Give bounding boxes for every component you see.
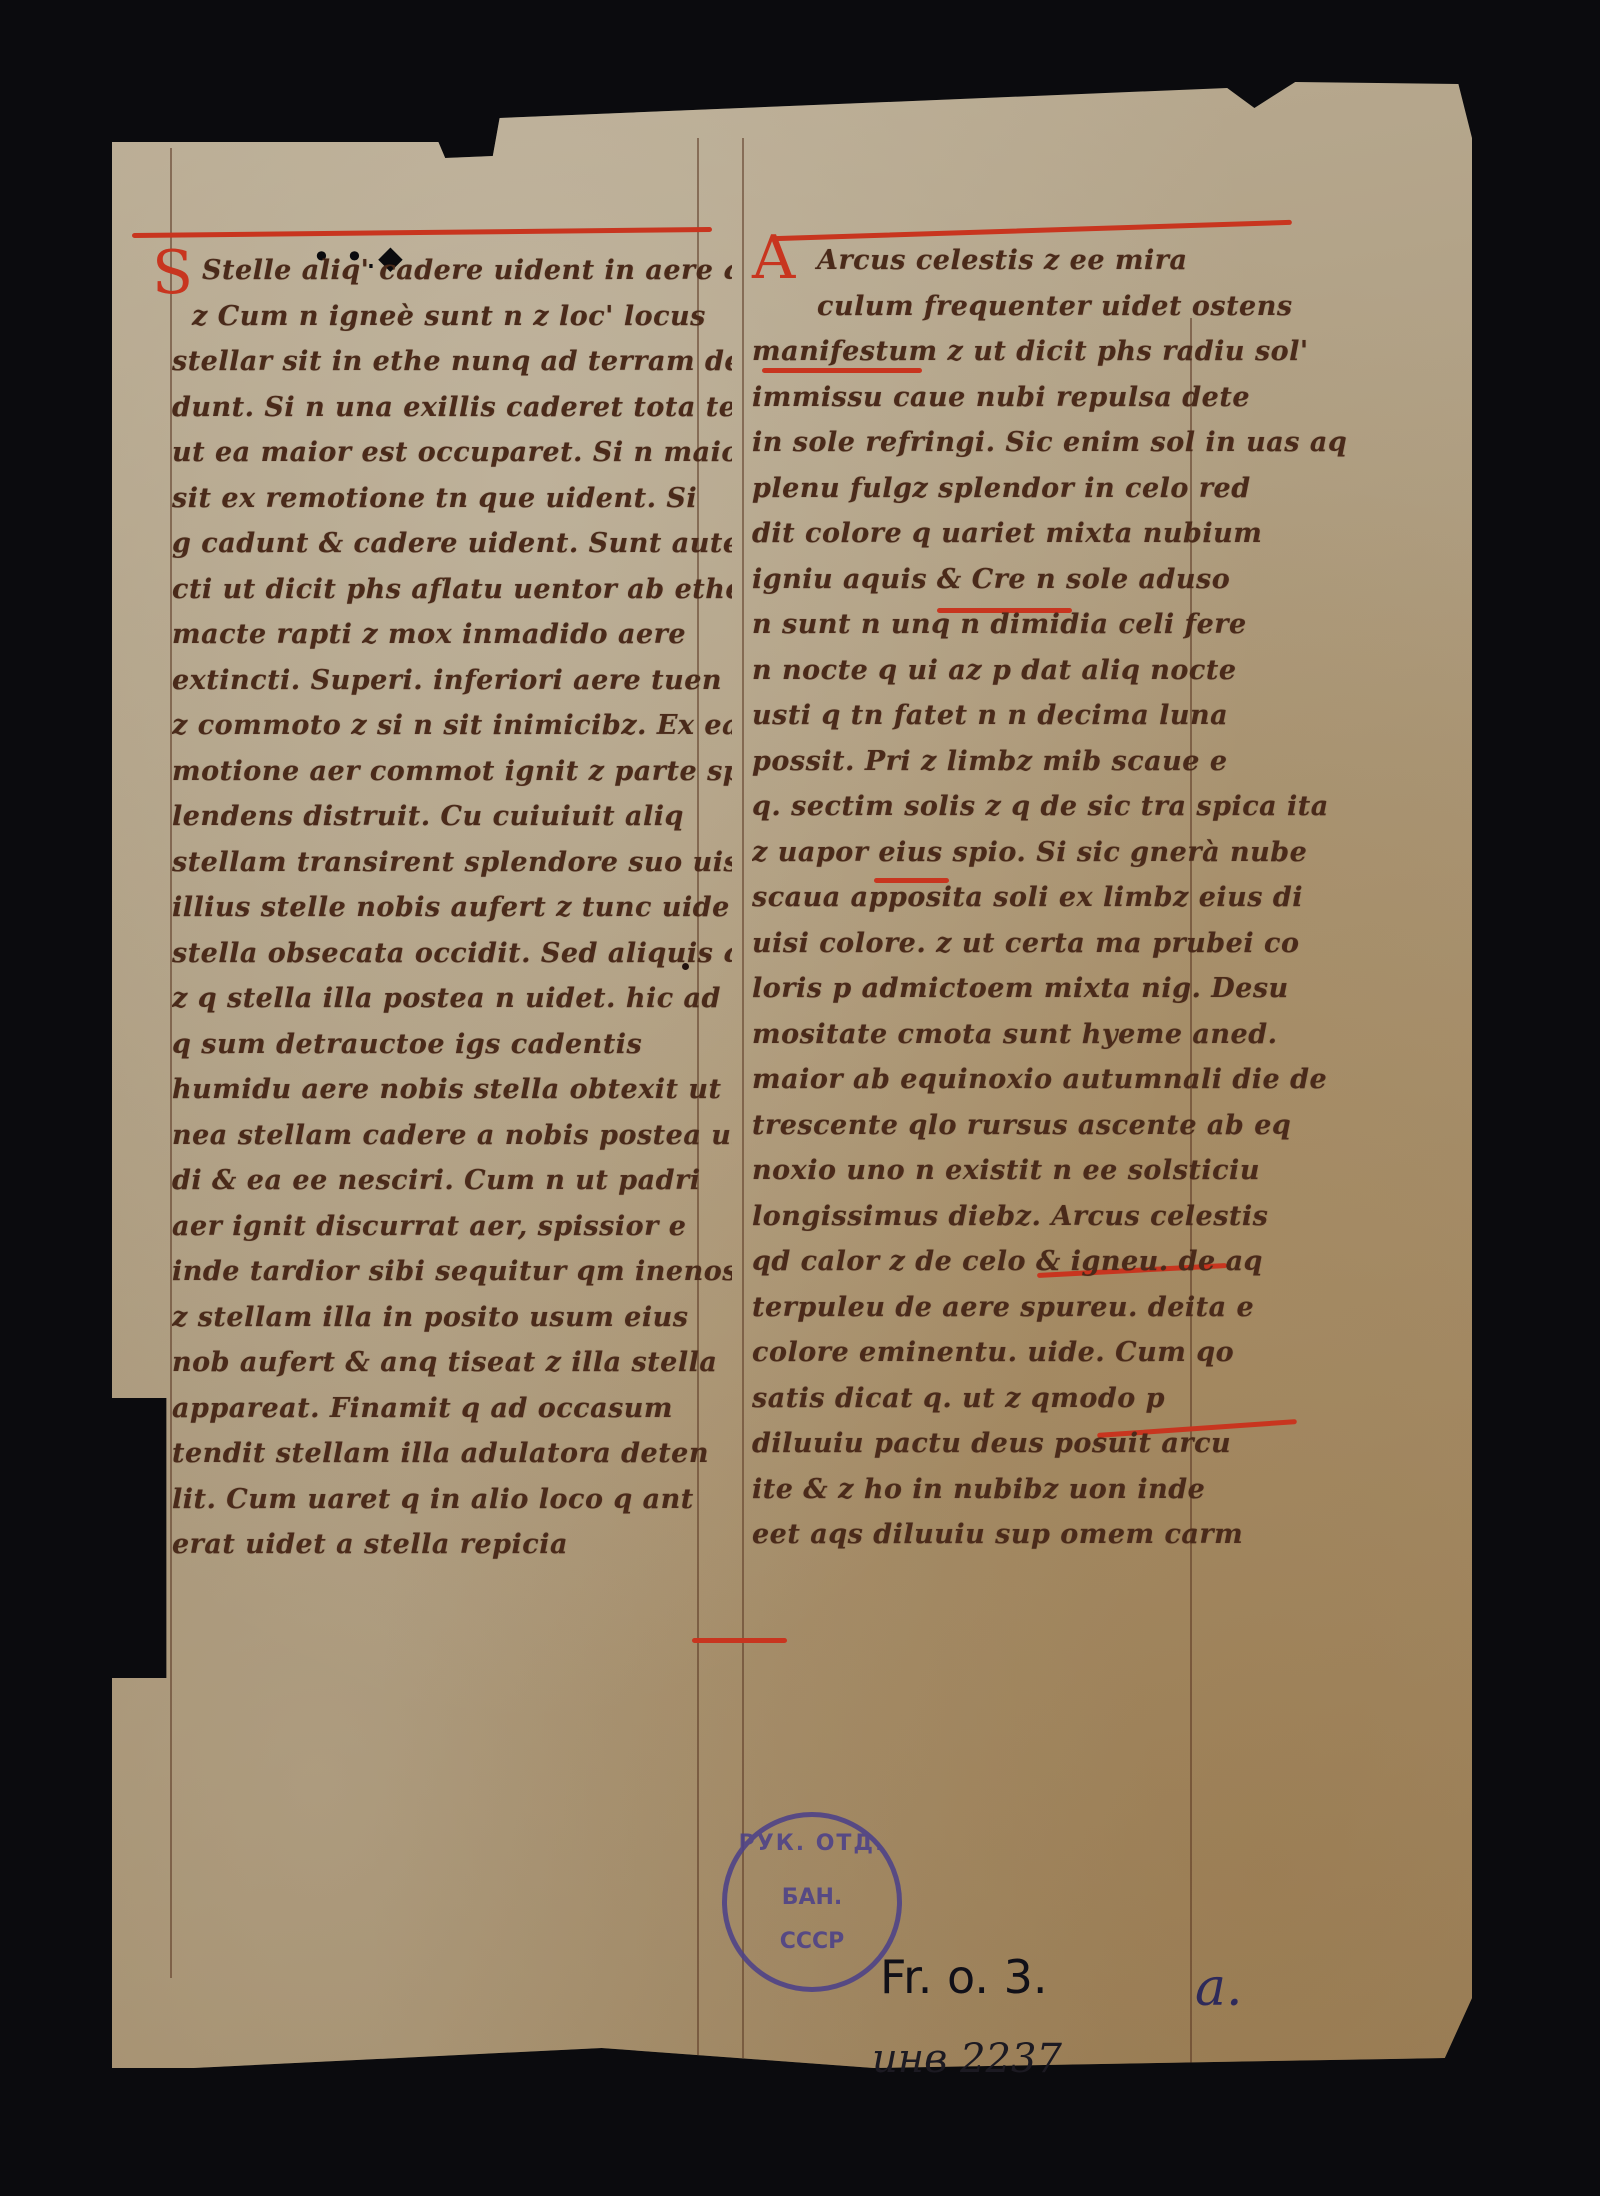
shelfmark: Fr. o. 3. xyxy=(880,1950,1048,2004)
text-line: z commoto z si n sit inimicibz. Ex ea xyxy=(172,703,732,749)
text-line: noxio uno n existit n ee solsticiu xyxy=(752,1148,1352,1194)
margin-dot xyxy=(682,963,689,970)
stamp-bottom-text: СССР xyxy=(727,1929,897,1954)
parchment-leaf: • •.◆ S Stelle aliq' cadere uident in ae… xyxy=(112,78,1472,2078)
text-line: z q stella illa postea n uidet. hic ad xyxy=(172,976,732,1022)
text-line: trescente qlo rursus ascente ab eq xyxy=(752,1103,1352,1149)
text-line: eet aqs diluuiu sup omem carm xyxy=(752,1512,1352,1558)
text-line: dunt. Si n una exillis caderet tota terr… xyxy=(172,385,732,431)
text-line: n nocte q ui az p dat aliq nocte xyxy=(752,648,1352,694)
text-column-left: Stelle aliq' cadere uident in aere qn tn… xyxy=(172,248,732,1568)
text-line: inde tardior sibi sequitur qm inenos xyxy=(172,1249,732,1295)
text-line: colore eminentu. uide. Cum qo xyxy=(752,1330,1352,1376)
text-line: dit colore q uariet mixta nubium xyxy=(752,511,1352,557)
text-line: ut ea maior est occuparet. Si n maior xyxy=(172,430,732,476)
text-line: mositate cmota sunt hyeme aned. xyxy=(752,1012,1352,1058)
text-line: Stelle aliq' cadere uident in aere qn tn… xyxy=(172,248,732,294)
text-column-right: Arcus celestis z ee mira culum frequente… xyxy=(752,238,1352,1558)
text-line: loris p admictoem mixta nig. Desu xyxy=(752,966,1352,1012)
text-line: immissu caue nubi repulsa dete xyxy=(752,375,1352,421)
rubric-line-left-end xyxy=(692,1638,787,1643)
text-line: extincti. Superi. inferiori aere tuen xyxy=(172,658,732,704)
text-line: satis dicat q. ut z qmodo p xyxy=(752,1376,1352,1422)
text-line: lit. Cum uaret q in alio loco q ant xyxy=(172,1477,732,1523)
text-line: sit ex remotione tn que uident. Si xyxy=(172,476,732,522)
text-line: terpuleu de aere spureu. deita e xyxy=(752,1285,1352,1331)
text-line: motione aer commot ignit z parte sp xyxy=(172,749,732,795)
text-line: q. sectim solis z q de sic tra spica ita xyxy=(752,784,1352,830)
text-line: z Cum n igneè sunt n z loc' locus xyxy=(172,294,732,340)
text-line: scaua apposita soli ex limbz eius di xyxy=(752,875,1352,921)
text-line: stellar sit in ethe nunq ad terram desce xyxy=(172,339,732,385)
text-line: in sole refringi. Sic enim sol in uas aq xyxy=(752,420,1352,466)
text-line: possit. Pri z limbz mib scaue e xyxy=(752,739,1352,785)
text-line: erat uidet a stella repicia xyxy=(172,1522,732,1568)
text-line: macte rapti z mox inmadido aere xyxy=(172,612,732,658)
inventory-number: инв 2237 xyxy=(872,2036,1062,2082)
leaf-letter: a. xyxy=(1195,1958,1243,2018)
text-line: uisi colore. z ut certa ma prubei co xyxy=(752,921,1352,967)
text-line: maior ab equinoxio autumnali die de xyxy=(752,1057,1352,1103)
text-line: lendens distruit. Cu cuiuiuit aliq xyxy=(172,794,732,840)
text-line: appareat. Finamit q ad occasum xyxy=(172,1386,732,1432)
stamp-middle-text: БАН. xyxy=(727,1885,897,1910)
text-line: nob aufert & anq tiseat z illa stella xyxy=(172,1340,732,1386)
text-line: n sunt n unq n dimidia celi fere xyxy=(752,602,1352,648)
rubric-line-left-heading xyxy=(132,227,712,238)
text-line: longissimus diebz. Arcus celestis xyxy=(752,1194,1352,1240)
text-line: manifestum z ut dicit phs radiu sol' xyxy=(752,329,1352,375)
text-line: humidu aere nobis stella obtexit ut xyxy=(172,1067,732,1113)
library-stamp: РУК. ОТД. БАН. СССР xyxy=(722,1812,902,1992)
ruling-line-column-divider-2 xyxy=(742,138,744,2058)
text-line: qd calor z de celo & igneu. de aq xyxy=(752,1239,1352,1285)
stamp-top-text: РУК. ОТД. xyxy=(727,1831,897,1856)
text-line: di & ea ee nesciri. Cum n ut padri xyxy=(172,1158,732,1204)
text-line: z uapor eius spio. Si sic gnerà nube xyxy=(752,830,1352,876)
text-line: nea stellam cadere a nobis postea ui xyxy=(172,1113,732,1159)
text-line: tendit stellam illa adulatora deten xyxy=(172,1431,732,1477)
text-line: plenu fulgz splendor in celo red xyxy=(752,466,1352,512)
text-line: diluuiu pactu deus posuit arcu xyxy=(752,1421,1352,1467)
text-line: g cadunt & cadere uident. Sunt aute igni xyxy=(172,521,732,567)
text-line: stellam transirent splendore suo uisu xyxy=(172,840,732,886)
text-line: q sum detrauctoe igs cadentis xyxy=(172,1022,732,1068)
text-line: z stellam illa in posito usum eius xyxy=(172,1295,732,1341)
text-line: stella obsecata occidit. Sed aliquis q xyxy=(172,931,732,977)
text-line: usti q tn fatet n n decima luna xyxy=(752,693,1352,739)
text-line: Arcus celestis z ee mira xyxy=(752,238,1352,284)
text-line: aer ignit discurrat aer, spissior e xyxy=(172,1204,732,1250)
text-line: cti ut dicit phs aflatu uentor ab ethe xyxy=(172,567,732,613)
text-line: ite & z ho in nubibz uon inde xyxy=(752,1467,1352,1513)
text-line: illius stelle nobis aufert z tunc uide q xyxy=(172,885,732,931)
text-line: culum frequenter uidet ostens xyxy=(752,284,1352,330)
text-line: igniu aquis & Cre n sole aduso xyxy=(752,557,1352,603)
